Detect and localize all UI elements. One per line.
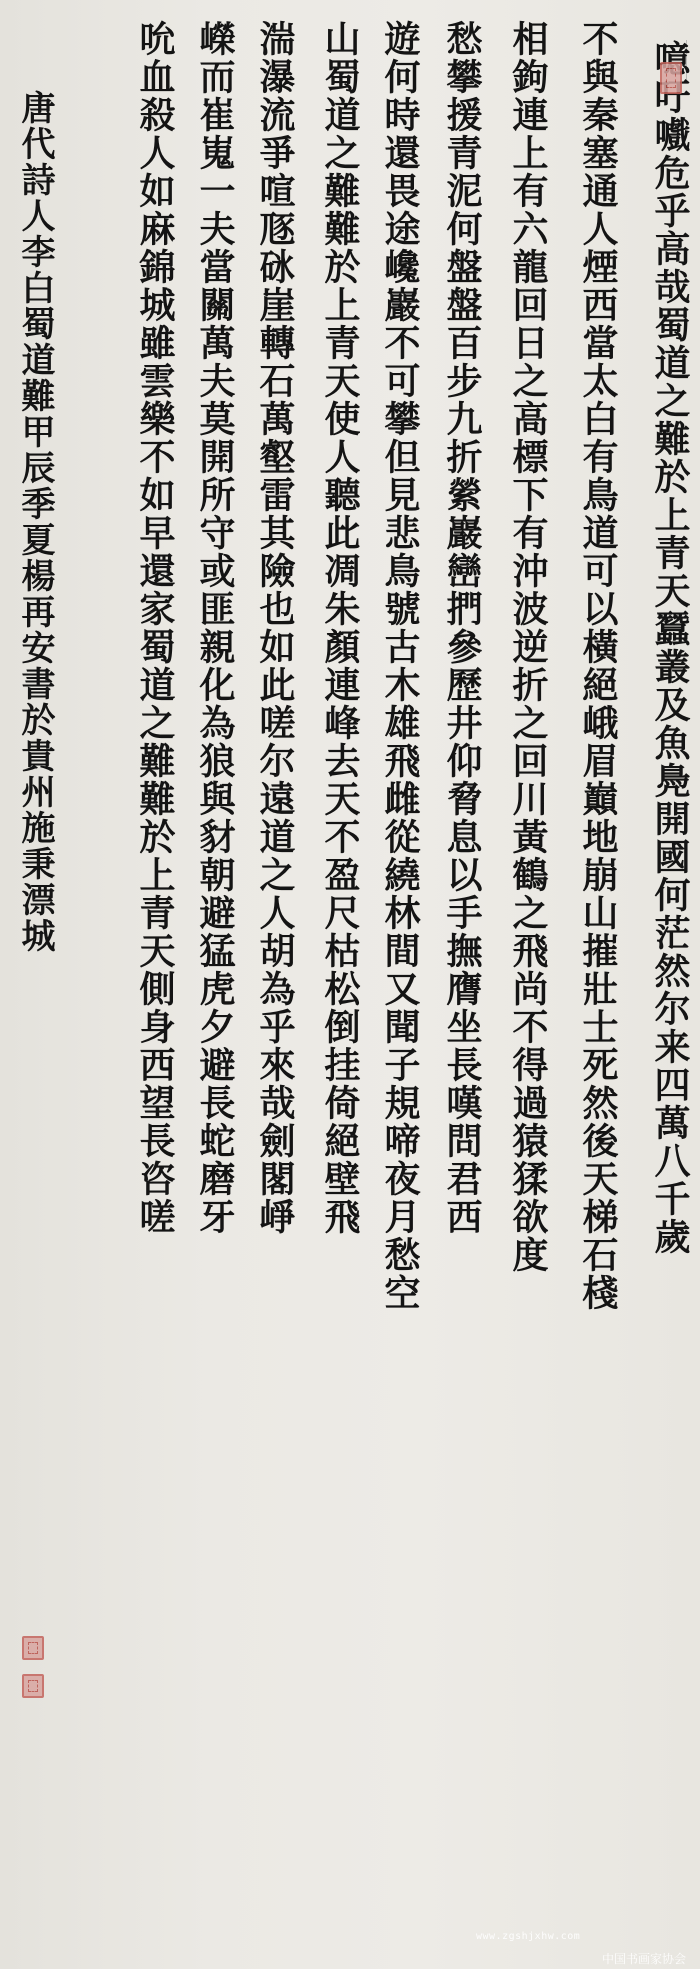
watermark-url: www.zgshjxhw.com [476,1931,580,1942]
poem-column-4: 愁攀援青泥何盤盤百步九折縈巖巒捫參歷井仰脅息以手撫膺坐長嘆問君西 [432,20,492,1236]
poem-column-6: 山蜀道之難難於上青天使人聽此凋朱顏連峰去天不盈尺枯松倒挂倚絕壁飛 [310,20,370,1236]
seal-bottom-left-1 [22,1636,44,1660]
poem-column-8: 嶸而崔嵬一夫當關萬夫莫開所守或匪親化為狼與豺朝避猛虎夕避長蛇磨牙 [185,20,245,1236]
signature-column: 唐代詩人李白蜀道難甲辰季夏楊再安書於貴州施秉漂城 [10,90,60,954]
seal-bottom-left-2 [22,1674,44,1698]
seal-top-right [660,62,682,94]
poem-column-3: 相鉤連上有六龍回日之高標下有沖波逆折之回川黃鶴之飛尚不得過猿猱欲度 [498,20,558,1274]
poem-column-2: 不與秦塞通人煙西當太白有鳥道可以橫絕峨眉巔地崩山摧壯士死然後天梯石棧 [568,20,628,1312]
poem-column-5: 遊何時還畏途巉巖不可攀但見悲鳥號古木雄飛雌從繞林間又聞子規啼夜月愁空 [370,20,430,1312]
calligraphy-scroll: 噫吁嚱危乎高哉蜀道之難於上青天蠶叢及魚鳧開國何茫然尔来四萬八千歲 不與秦塞通人煙… [0,0,700,1969]
watermark-org: 中国书画家协会 [602,1950,686,1967]
poem-column-1: 噫吁嚱危乎高哉蜀道之難於上青天蠶叢及魚鳧開國何茫然尔来四萬八千歲 [640,40,700,1256]
poem-column-9: 吮血殺人如麻錦城雖雲樂不如早還家蜀道之難難於上青天側身西望長咨嗟 [125,20,185,1236]
poem-column-7: 湍瀑流爭喧豗砯崖轉石萬壑雷其險也如此嗟尔遠道之人胡為乎來哉劍閣崢 [245,20,305,1236]
